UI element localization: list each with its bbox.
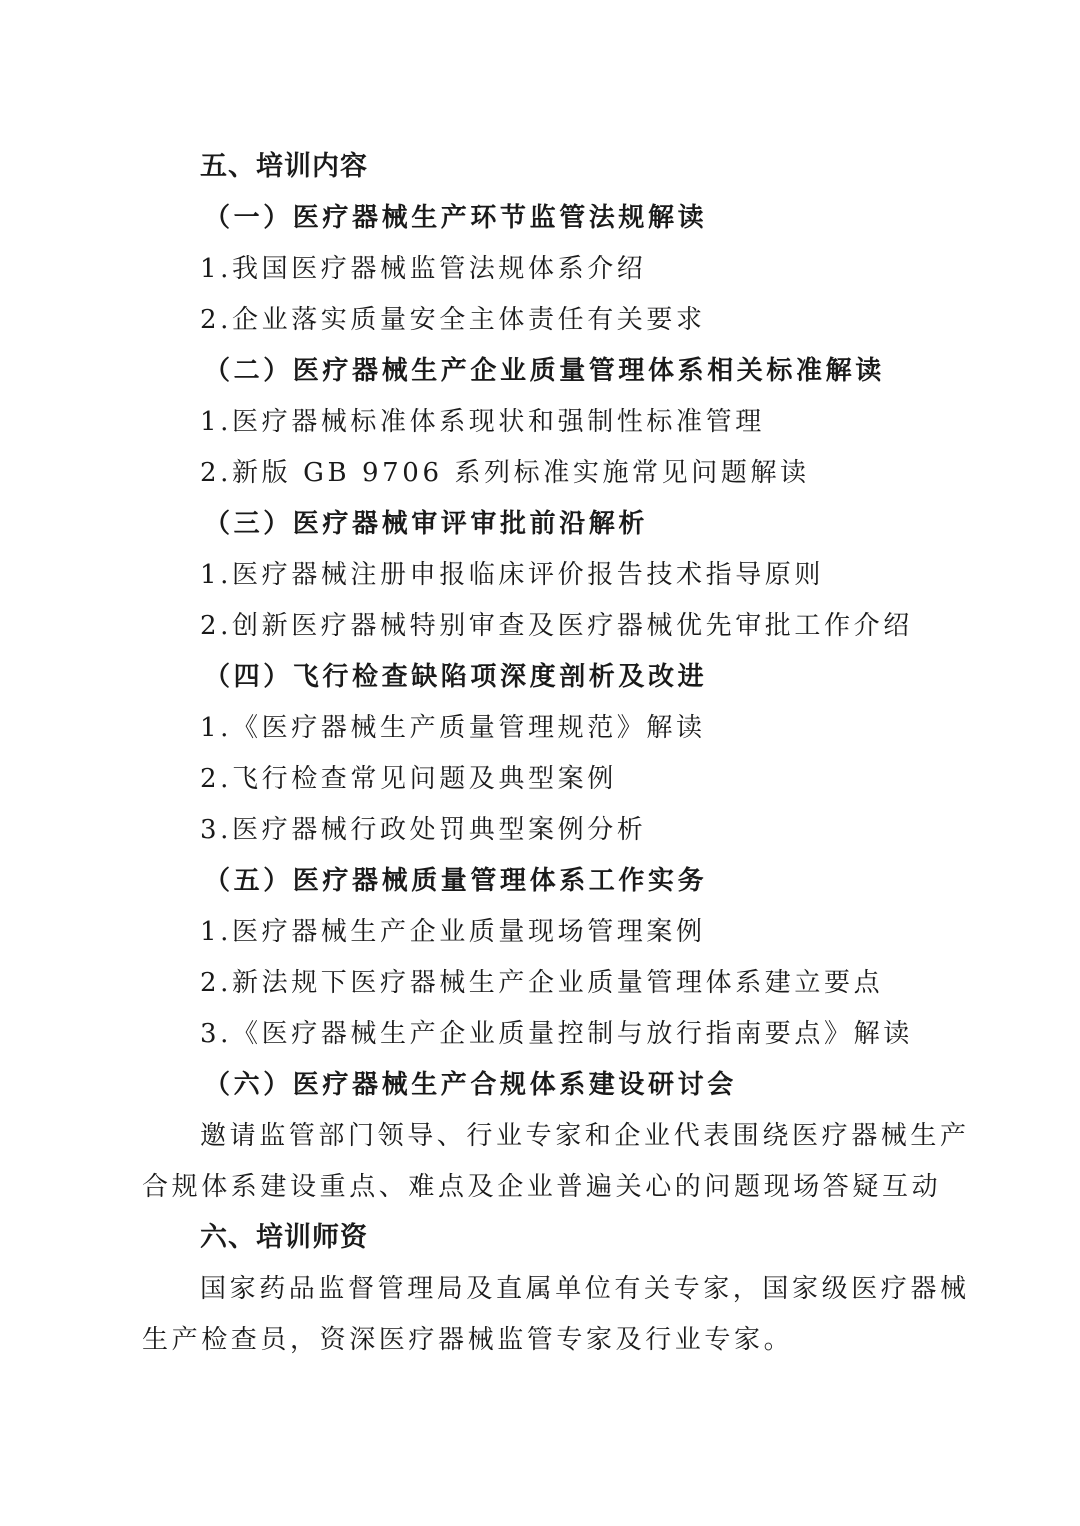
subsection-title-3: （三）医疗器械审评审批前沿解析 bbox=[204, 507, 648, 541]
list-item: 2.新版 GB 9706 系列标准实施常见问题解读 bbox=[200, 456, 810, 490]
subsection-title-6: （六）医疗器械生产合规体系建设研讨会 bbox=[204, 1068, 737, 1102]
list-item: 1.医疗器械生产企业质量现场管理案例 bbox=[200, 915, 706, 949]
paragraph-line: 生产检查员，资深医疗器械监管专家及行业专家。 bbox=[142, 1323, 793, 1357]
list-item: 1.《医疗器械生产质量管理规范》解读 bbox=[200, 711, 706, 745]
subsection-title-2: （二）医疗器械生产企业质量管理体系相关标准解读 bbox=[204, 354, 885, 388]
list-item: 2.企业落实质量安全主体责任有关要求 bbox=[200, 303, 706, 337]
subsection-title-1: （一）医疗器械生产环节监管法规解读 bbox=[204, 201, 707, 235]
subsection-title-4: （四）飞行检查缺陷项深度剖析及改进 bbox=[204, 660, 707, 694]
list-item: 1.我国医疗器械监管法规体系介绍 bbox=[200, 252, 646, 286]
list-item: 3.医疗器械行政处罚典型案例分析 bbox=[200, 813, 646, 847]
paragraph-line: 合规体系建设重点、难点及企业普遍关心的问题现场答疑互动 bbox=[142, 1170, 941, 1204]
subsection-title-5: （五）医疗器械质量管理体系工作实务 bbox=[204, 864, 707, 898]
list-item: 2.飞行检查常见问题及典型案例 bbox=[200, 762, 617, 796]
list-item: 3.《医疗器械生产企业质量控制与放行指南要点》解读 bbox=[200, 1017, 913, 1051]
section-heading-training-content: 五、培训内容 bbox=[200, 150, 368, 184]
document-page: 五、培训内容 （一）医疗器械生产环节监管法规解读 1.我国医疗器械监管法规体系介… bbox=[0, 0, 1080, 1526]
list-item: 2.新法规下医疗器械生产企业质量管理体系建立要点 bbox=[200, 966, 883, 1000]
list-item: 2.创新医疗器械特别审查及医疗器械优先审批工作介绍 bbox=[200, 609, 913, 643]
section-heading-trainers: 六、培训师资 bbox=[200, 1221, 368, 1255]
list-item: 1.医疗器械标准体系现状和强制性标准管理 bbox=[200, 405, 765, 439]
list-item: 1.医疗器械注册申报临床评价报告技术指导原则 bbox=[200, 558, 824, 592]
paragraph-line: 国家药品监督管理局及直属单位有关专家，国家级医疗器械 bbox=[200, 1272, 970, 1306]
paragraph-line: 邀请监管部门领导、行业专家和企业代表围绕医疗器械生产 bbox=[200, 1119, 970, 1153]
